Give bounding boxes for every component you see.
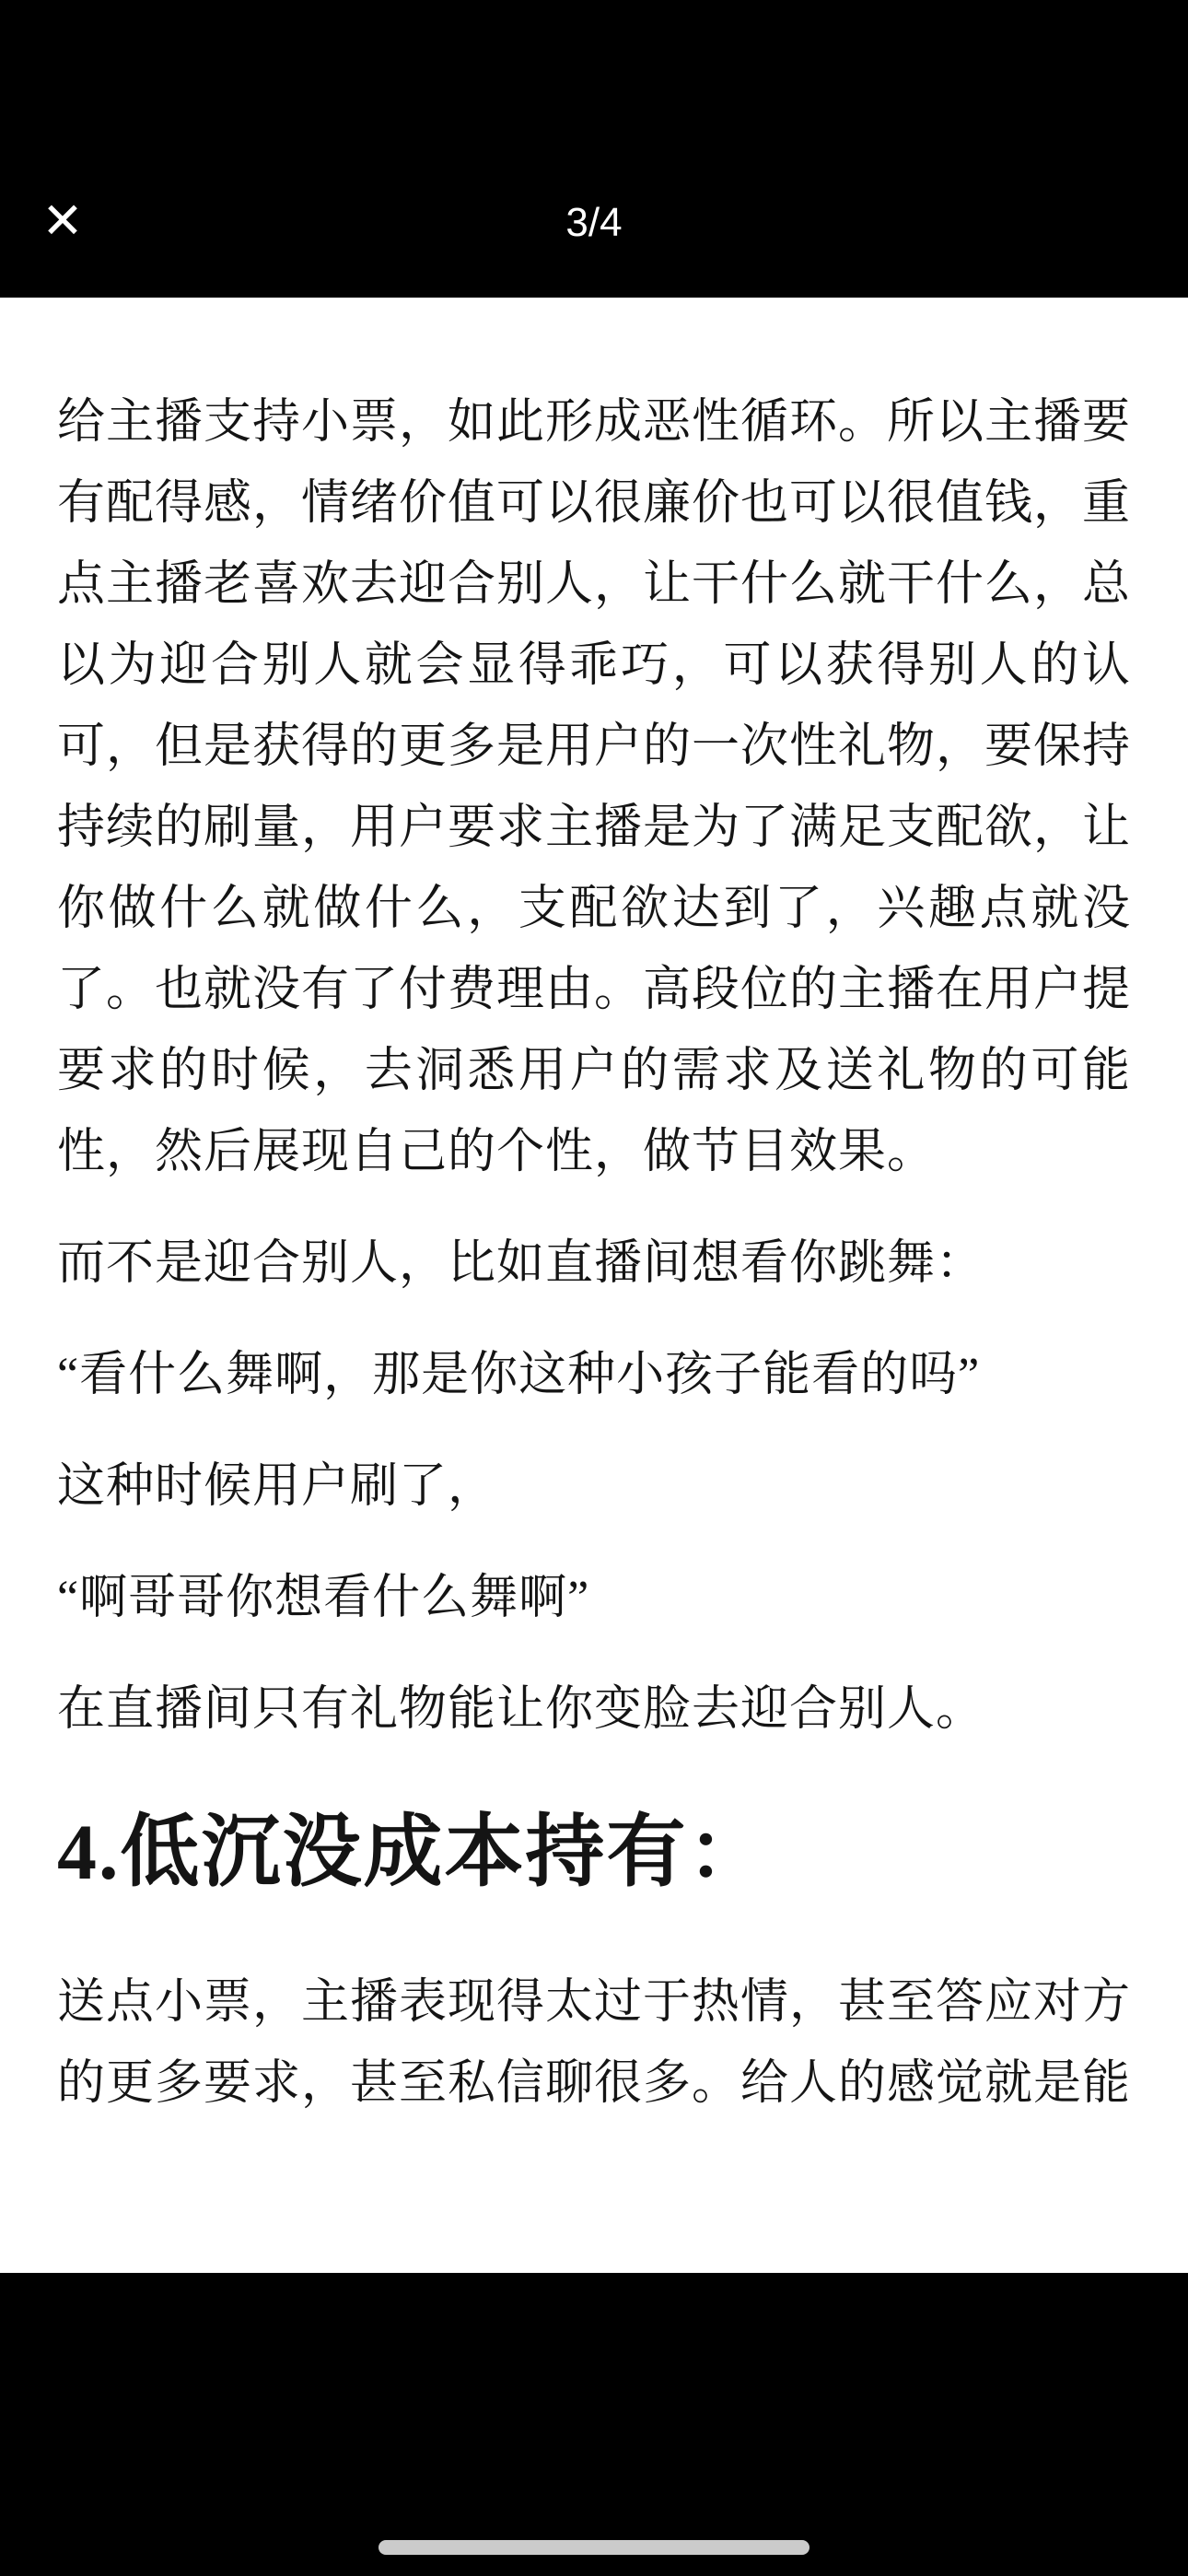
bottom-black-zone (0, 2273, 1188, 2576)
home-indicator[interactable] (379, 2540, 809, 2555)
paragraph-body: 在直播间只有礼物能让你变脸去迎合别人。 (57, 1669, 1131, 1751)
paragraph-body: 而不是迎合别人，比如直播间想看你跳舞： (57, 1224, 1131, 1305)
paragraph-body: 给主播支持小票，如此形成恶性循环。所以主播要有配得感，情绪价值可以很廉价也可以很… (57, 382, 1131, 1193)
image-viewer-screen: ✕ 3/4 给主播支持小票，如此形成恶性循环。所以主播要有配得感，情绪价值可以很… (0, 0, 1188, 2576)
paragraph-quote: “看什么舞啊，那是你这种小孩子能看的吗” (57, 1335, 1131, 1416)
paragraph-quote: “啊哥哥你想看什么舞啊” (57, 1558, 1131, 1639)
paragraph-body: 送点小票，主播表现得太过于热情，甚至答应对方的更多要求，甚至私信聊很多。给人的感… (57, 1962, 1131, 2125)
paragraph-body: 这种时候用户刷了， (57, 1446, 1131, 1528)
section-heading: 4.低沉没成本持有： (57, 1793, 1131, 1911)
document-page[interactable]: 给主播支持小票，如此形成恶性循环。所以主播要有配得感，情绪价值可以很廉价也可以很… (0, 298, 1188, 2273)
viewer-header: ✕ 3/4 (0, 0, 1188, 298)
page-indicator: 3/4 (0, 199, 1188, 247)
